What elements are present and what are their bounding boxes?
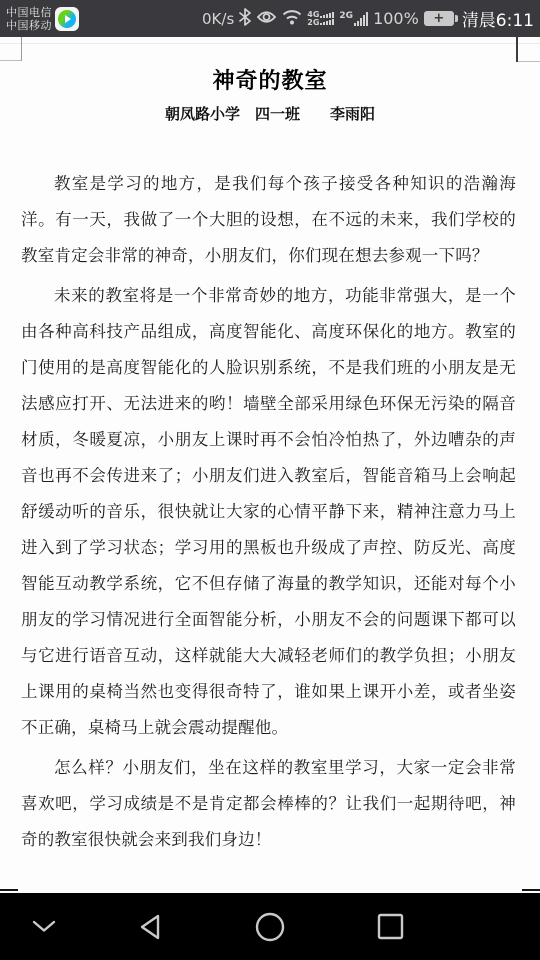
network-speed: 0K/s (202, 10, 234, 28)
recents-button[interactable] (360, 893, 420, 960)
back-icon (138, 913, 162, 941)
signal-sim2-icon: 2G (339, 12, 368, 26)
navigation-bar (0, 893, 540, 960)
wifi-icon (282, 9, 302, 29)
recents-icon (377, 913, 404, 940)
document-body: 教室是学习的地方，是我们每个孩子接受各种知识的浩瀚海洋。有一天，我做了一个大胆的… (21, 166, 516, 858)
margin-mark-bottom-left (0, 889, 18, 891)
battery-percent: 100% (373, 9, 419, 28)
hide-navbar-button[interactable] (14, 893, 74, 960)
status-bar: 中国电信 中国移动 0K/s (0, 0, 540, 37)
margin-mark-top-right (516, 37, 518, 62)
page-top-edge (0, 43, 540, 44)
margin-mark-top-left (21, 37, 22, 61)
paragraph: 怎么样？小朋友们，坐在这样的教室里学习，大家一定会非常喜欢吧，学习成绩是不是肯定… (21, 750, 516, 858)
tencent-video-app-icon (55, 7, 79, 31)
carrier-labels: 中国电信 中国移动 (6, 6, 52, 32)
back-button[interactable] (120, 893, 180, 960)
eye-protection-icon (256, 9, 277, 29)
home-button[interactable] (240, 893, 300, 960)
bluetooth-icon (239, 8, 251, 30)
byline: 朝凤路小学 四一班 李雨阳 (0, 103, 540, 124)
margin-mark-bottom-right (522, 889, 540, 891)
chevron-down-icon (32, 920, 56, 933)
clock: 清晨6:11 (462, 6, 534, 31)
paragraph: 未来的教室将是一个非常奇妙的地方，功能非常强大，是一个由各种高科技产品组成，高度… (21, 278, 516, 746)
paragraph: 教室是学习的地方，是我们每个孩子接受各种知识的浩瀚海洋。有一天，我做了一个大胆的… (21, 166, 516, 274)
page-title: 神奇的教室 (0, 64, 540, 95)
phone-screen: 中国电信 中国移动 0K/s (0, 0, 540, 960)
carrier-line1: 中国电信 (6, 6, 52, 19)
document-page[interactable]: 神奇的教室 朝凤路小学 四一班 李雨阳 教室是学习的地方，是我们每个孩子接受各种… (0, 37, 540, 893)
signal-sim1-icon: 4G 2G (307, 11, 334, 27)
home-icon (254, 911, 286, 943)
battery-icon: + (424, 11, 454, 26)
carrier-line2: 中国移动 (6, 19, 52, 32)
